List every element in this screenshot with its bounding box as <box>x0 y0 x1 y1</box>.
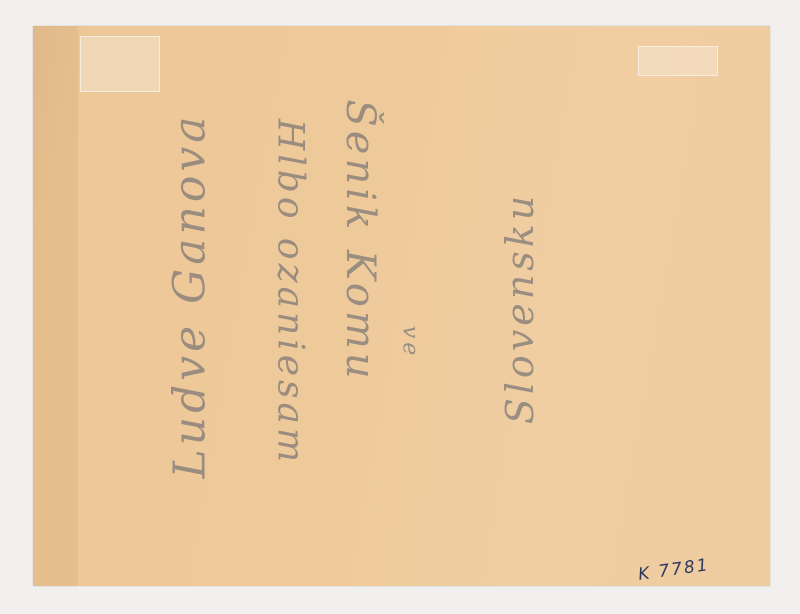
text-line-4: ve <box>398 313 423 373</box>
text-line-2: Hlbo ozaniesam <box>270 68 311 518</box>
tape-strip-left <box>80 36 160 92</box>
text-line-5: Slovensku <box>498 118 542 498</box>
text-line-1: Ludve Ganova <box>165 66 216 526</box>
paper-sheet <box>33 26 770 586</box>
tape-strip-right <box>638 46 718 76</box>
text-line-3: Šenik Komu <box>337 71 383 411</box>
paper-fold-edge <box>33 26 78 586</box>
